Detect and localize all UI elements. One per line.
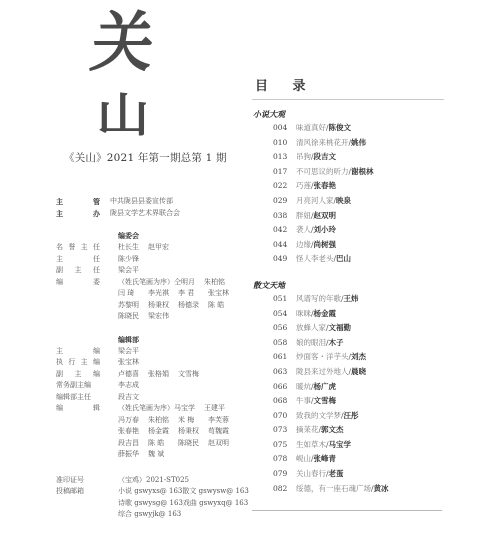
editors-row: 冯万春 朱柏铭 米 梅 李芙蓉 [56,415,246,427]
credit-text: 主 [56,346,63,358]
toc-entry-title: 袭人 [296,223,311,238]
credit-label: 编 辑 [56,403,100,415]
toc-entry-title: 巧莲 [296,179,311,194]
toc-entry-title: 放蜂人家 [296,321,326,336]
toc-entry-page: 082 [273,482,296,497]
editors-row: 段吉昌 陈 皓 陈晓民 赵双明 [56,438,246,450]
credit-label: 投稿邮箱 [56,486,100,498]
credit-value: 中共陇县县委宣传部 [100,196,173,208]
credit-text: 李志成 [118,380,148,392]
toc-entry-page: 061 [273,350,296,365]
toc-entry-page: 075 [273,438,296,453]
credit-row-permit: 准印证号 （宝鸡）2021-ST025 [56,475,246,487]
toc-entry-page: 017 [273,165,296,180]
toc-entry-author: 杨广虎 [314,380,337,395]
toc-entry-author: 汪彤 [344,409,359,424]
credit-value: 陇县文学艺术界联合会 [100,208,180,220]
credit-text: 朱柏铭 [148,415,178,427]
editorial-department-heading: 编辑部 [56,334,246,346]
toc-entry-title: 胖妞 [296,209,311,224]
credit-text: 誉 [68,242,75,254]
credit-value: 诗歌 gswysg@ 163 戏曲 gswyxq@ 163 [100,498,248,510]
table-of-contents: 目 录 小说大观 004味道真好/陈俊文010清风徐来桃花开/姚伟013吊狗/段… [255,78,475,511]
toc-entry[interactable]: 078岘山/张峰青 [255,452,475,467]
toc-entry-page: 044 [273,238,296,253]
credit-value: （宝鸡）2021-ST025 [100,475,189,487]
toc-entry-title: 摘苿花 [296,423,319,438]
credit-text: 小说 [118,486,132,498]
toc-entry[interactable]: 061炒面客・洋芋头/刘杰 [255,350,475,365]
credit-text: 陈晓民 [178,438,208,450]
toc-entry[interactable]: 058娘的眼泪/木子 [255,336,475,351]
credit-text: 陈晓民 [118,311,148,323]
credit-value: 张春艳 杨金霞 杨秉权 苟魏霞 [100,426,238,438]
toc-entry-author: 尚树强 [314,238,337,253]
toc-entry-page: 068 [273,394,296,409]
toc-entry[interactable]: 051风谱写的年歌/王炜 [255,292,475,307]
credit-text: 主 [56,208,63,220]
credit-value: （姓氏笔画为序） 仝明月 朱柏铭 [100,277,234,289]
credit-text: 杨金霞 [148,426,178,438]
toc-entry-author: 谢根林 [351,165,374,180]
credit-text: （姓氏笔画为序） [118,403,174,415]
credit-value: 陈晓民 梁宏伟 [100,311,178,323]
toc-section-fiction: 小说大观 [253,108,475,121]
credit-label: 副 主 任 [56,265,100,277]
toc-entry-title: 牛事 [296,394,311,409]
toc-entry-title: 炒面客・洋芋头 [296,350,349,365]
toc-entry-page: 004 [273,121,296,136]
credit-text: 魏 斌 [148,449,178,461]
submission-email: 综合 gswyjk@ 163 [118,509,181,521]
toc-section-prose: 散文天地 [253,279,475,292]
toc-entry-author: 晨晓 [351,365,366,380]
submission-email: 小说 gswyxs@ 163 [118,486,182,498]
toc-entry[interactable]: 075生如草木/马宝学 [255,438,475,453]
toc-entry[interactable]: 017不可思议的听力/谢根林 [255,165,475,180]
masthead: 关 山 [0,0,245,150]
credit-text: gswysg@ 163 [134,498,183,510]
credit-text: 杜长生 [118,242,148,254]
credit-text: 李 君 [178,288,208,300]
toc-entry[interactable]: 029月亮河人家/映泉 [255,194,475,209]
toc-entry-title: 边缘 [296,238,311,253]
toc-entry-page: 022 [273,179,296,194]
toc-entry-page: 013 [273,150,296,165]
credit-text: 苟魏霞 [208,426,238,438]
toc-entry[interactable]: 068牛事/文雪梅 [255,394,475,409]
credit-text: 杨秉权 [148,300,178,312]
credit-text: 散文 [182,486,196,498]
toc-entry-author: 刘小玲 [314,223,337,238]
credit-text: 主 [81,357,88,369]
credit-row-organizer: 主 办 陇县文学艺术界联合会 [56,208,246,220]
credit-text: 段吉昌 [118,438,148,450]
toc-divider [252,99,444,100]
submission-row: 诗歌 gswysg@ 163 戏曲 gswyxq@ 163 [56,498,246,510]
credit-text: 王建平 [204,403,234,415]
toc-entry-author: 老蛋 [329,467,344,482]
credit-row-committee-members: 编 委 （姓氏笔画为序） 仝明月 朱柏铭 [56,277,246,289]
toc-entry[interactable]: 079关山春行/老蛋 [255,467,475,482]
toc-section-prose-entries: 051风谱写的年歌/王炜054咪咪/杨金霞056放蜂人家/文福勤058娘的眼泪/… [255,292,475,496]
credit-value: 段吉昌 陈 皓 陈晓民 赵双明 [100,438,238,450]
toc-entry[interactable]: 044边缘/尚树强 [255,238,475,253]
credit-value: 闫 琦 李光祺 李 君 张宝林 [100,288,238,300]
credit-text: 戏曲 [183,498,197,510]
toc-entry-author: 姚伟 [351,136,366,151]
submission-email: 诗歌 gswysg@ 163 [118,498,183,510]
toc-entry-author: 段吉文 [314,150,337,165]
toc-entry[interactable]: 004味道真好/陈俊文 [255,121,475,136]
committee-members-row: 苏黎明 杨秉权 杨德录 陈 皓 [56,300,246,312]
credit-text: 赵双明 [208,438,238,450]
spacer [56,323,246,334]
credit-value: 梁会平 [100,346,148,358]
toc-entry-title: 岘山 [296,452,311,467]
credit-label: 副 主 编 [56,369,100,381]
credit-value: 冯万春 朱柏铭 米 梅 李芙蓉 [100,415,238,427]
toc-title: 目 录 [255,78,475,96]
toc-entry[interactable]: 049怪人李老头/巴山 [255,252,475,267]
credit-row-executive-editor: 执 行 主 编 张宝林 [56,357,246,369]
toc-entry-page: 066 [273,380,296,395]
credit-label: 常务副主编 [56,380,100,392]
toc-entry[interactable]: 022巧莲/张春艳 [255,179,475,194]
toc-entry[interactable]: 042袭人/刘小玲 [255,223,475,238]
toc-bottom-divider [252,510,442,511]
toc-entry[interactable]: 054咪咪/杨金霞 [255,307,475,322]
credit-label: 编辑部主任 [56,392,100,404]
toc-entry-title: 清风徐来桃花开 [296,136,349,151]
credit-value: 卢德喜 张格娟 文雪梅 [100,369,208,381]
toc-entry-page: 051 [273,292,296,307]
credit-text: 马宝学 [174,403,204,415]
credit-text: 诗歌 [118,498,132,510]
toc-entry[interactable]: 082绥德，有一座石魂广场/黄冰 [255,482,475,497]
credit-text: gswyxq@ 163 [199,498,248,510]
spacer [56,219,246,230]
toc-entry-author: 郭文杰 [321,423,344,438]
toc-entry[interactable]: 070致我的文学梦/汪彤 [255,409,475,424]
credit-row-honorary-director: 名 誉 主 任 杜长生 赵甲宏 [56,242,246,254]
toc-entry-author: 黄冰 [374,482,389,497]
toc-entry-title: 月亮河人家 [296,194,334,209]
toc-entry[interactable]: 010清风徐来桃花开/姚伟 [255,136,475,151]
credit-row-dept-director: 编辑部主任 段吉文 [56,392,246,404]
credit-text: 副 [56,369,63,381]
credit-label: 执 行 主 编 [56,357,100,369]
credit-text: 投稿邮箱 [56,486,84,498]
credit-text: 仝明月 [174,277,204,289]
credit-label: 主 办 [56,208,100,220]
credit-text: 中共陇县县委宣传部 [110,196,173,208]
toc-entry-title: 味道真好 [296,121,326,136]
credit-text: 编 [93,357,100,369]
credit-text: 梁会平 [118,346,148,358]
credit-value: 杜长生 赵甲宏 [100,242,178,254]
credit-label: 名 誉 主 任 [56,242,100,254]
credit-text: 委 [93,277,100,289]
credit-text: （姓氏笔画为序） [118,277,174,289]
toc-entry-title: 怪人李老头 [296,252,334,267]
credit-label: 准印证号 [56,475,100,487]
toc-entry[interactable]: 013吊狗/段吉文 [255,150,475,165]
toc-entry-author: 赵双明 [314,209,337,224]
credit-text: 李芙蓉 [208,415,238,427]
credit-text: 编辑部主任 [56,392,91,404]
credit-value: 梁会平 [100,265,148,277]
toc-entry-title: 娘的眼泪 [296,336,326,351]
credit-text: 任 [93,254,100,266]
spacer [56,461,246,475]
toc-entry-author: 张峰青 [314,452,337,467]
toc-entry-page: 058 [273,336,296,351]
credit-text: 闫 琦 [118,288,148,300]
toc-entry-title: 生如草木 [296,438,326,453]
toc-entry-title: 致我的文学梦 [296,409,341,424]
credit-text: 办 [93,208,100,220]
credit-text: 副 [56,265,63,277]
toc-entry-title: 关山春行 [296,467,326,482]
credit-label: 编 委 [56,277,100,289]
credit-text: 陈 皓 [208,300,238,312]
credit-value: 薛振华 魏 斌 [100,449,178,461]
credit-text: 杨德录 [178,300,208,312]
toc-entry-title: 不可思议的听力 [296,165,349,180]
toc-entry-author: 刘杰 [351,350,366,365]
credit-text: 行 [68,357,75,369]
toc-entry[interactable]: 038胖妞/赵双明 [255,209,475,224]
logo-calligraphy-guan: 关 [87,10,158,75]
toc-entry-author: 陈俊文 [329,121,352,136]
issue-line: 《关山》2021 年第一期总第 1 期 [64,150,227,165]
toc-entry[interactable]: 066暖炕/杨广虎 [255,380,475,395]
credit-text: 综合 [118,509,132,521]
credit-text: 段吉文 [118,392,148,404]
credit-text: 常务副主编 [56,380,91,392]
credit-value: 苏黎明 杨秉权 杨德录 陈 皓 [100,300,238,312]
credit-text: 朱柏铭 [204,277,234,289]
toc-entry[interactable]: 056放蜂人家/文福勤 [255,321,475,336]
credit-text: 卢德喜 [118,369,148,381]
credit-text: 张宝林 [118,357,148,369]
credit-text: 陈少锋 [118,254,148,266]
credit-value: 张宝林 [100,357,148,369]
credit-text: 杨秉权 [178,426,208,438]
credit-value: 李志成 [100,380,148,392]
credit-text: 主 [56,254,63,266]
credit-row-director: 主 任 陈少锋 [56,254,246,266]
credit-label: 主 管 [56,196,100,208]
toc-entry-author: 木子 [329,336,344,351]
credit-text: 辑 [93,403,100,415]
credit-text: 执 [56,357,63,369]
toc-entry-page: 010 [273,136,296,151]
credit-text: （宝鸡）2021-ST025 [118,475,189,487]
credit-value: 综合 gswyjk@ 163 [100,509,181,521]
credit-row-editors: 编 辑 （姓氏笔画为序） 马宝学 王建平 [56,403,246,415]
toc-entry-page: 056 [273,321,296,336]
credit-value: （姓氏笔画为序） 马宝学 王建平 [100,403,234,415]
toc-entry-title: 暖炕 [296,380,311,395]
toc-section-fiction-entries: 004味道真好/陈俊文010清风徐来桃花开/姚伟013吊狗/段吉文017不可思议… [255,121,475,267]
credit-text: 主 [56,196,63,208]
logo-calligraphy-shan: 山 [97,92,150,138]
credit-text: 陇县文学艺术界联合会 [110,208,180,220]
credit-text: 任 [93,265,100,277]
toc-entry-title: 吊狗 [296,150,311,165]
toc-entry-page: 042 [273,223,296,238]
credit-text: 米 梅 [178,415,208,427]
credit-text: 主 [81,242,88,254]
credit-text: 编 [93,346,100,358]
credit-text: 梁会平 [118,265,148,277]
submission-email: 戏曲 gswyxq@ 163 [183,498,248,510]
committee-members-row: 闫 琦 李光祺 李 君 张宝林 [56,288,246,300]
credit-text: 管 [93,196,100,208]
credit-text: 冯万春 [118,415,148,427]
toc-entry-author: 映泉 [336,194,351,209]
credit-row-deputy-director: 副 主 任 梁会平 [56,265,246,277]
credit-text: 梁宏伟 [148,311,178,323]
credit-text: 任 [93,242,100,254]
credit-text: 陈 皓 [148,438,178,450]
credit-text: gswyjk@ 163 [134,509,181,521]
credit-row-deputy-editor: 副 主 编 卢德喜 张格娟 文雪梅 [56,369,246,381]
credit-text: 薛振华 [118,449,148,461]
credit-row-managing-deputy-editor: 常务副主编 李志成 [56,380,246,392]
credit-value: 小说 gswyxs@ 163 散文 gswysw@ 163 [100,486,249,498]
toc-entry-page: 063 [273,365,296,380]
toc-entry-author: 文雪梅 [314,394,337,409]
credit-text: 张宝林 [208,288,238,300]
credit-text: 张春艳 [118,426,148,438]
credit-row-sponsor: 主 管 中共陇县县委宣传部 [56,196,246,208]
toc-entry-title: 陇县来过外地人 [296,365,349,380]
credit-text: 苏黎明 [118,300,148,312]
editors-row: 张春艳 杨金霞 杨秉权 苟魏霞 [56,426,246,438]
toc-entry-author: 张春艳 [314,179,337,194]
credit-text: 编 [56,403,63,415]
committee-members-row: 陈晓民 梁宏伟 [56,311,246,323]
credit-text: 准印证号 [56,475,84,487]
toc-entry[interactable]: 073摘苿花/郭文杰 [255,423,475,438]
toc-entry-page: 038 [273,209,296,224]
credit-text: 主 [75,265,82,277]
credits-block: 主 管 中共陇县县委宣传部 主 办 陇县文学艺术界联合会 编委会 名 誉 主 任… [56,196,246,521]
credit-text: gswysw@ 163 [199,486,249,498]
credit-text: 赵甲宏 [148,242,178,254]
credit-text: 名 [56,242,63,254]
toc-entry-author: 巴山 [336,252,351,267]
toc-entry[interactable]: 063陇县来过外地人/晨晓 [255,365,475,380]
credit-label: 主 任 [56,254,100,266]
toc-entry-page: 073 [273,423,296,438]
toc-entry-author: 马宝学 [329,438,352,453]
toc-entry-author: 文福勤 [329,321,352,336]
credit-value: 陈少锋 [100,254,148,266]
toc-entry-page: 070 [273,409,296,424]
editors-row: 薛振华 魏 斌 [56,449,246,461]
toc-entry-author: 杨金霞 [314,307,337,322]
editorial-committee-heading: 编委会 [56,230,246,242]
toc-entry-page: 054 [273,307,296,322]
credit-row-chief-editor: 主 编 梁会平 [56,346,246,358]
credit-text: gswyxs@ 163 [134,486,182,498]
toc-entry-page: 078 [273,452,296,467]
credit-text: 张格娟 [148,369,178,381]
credit-label: 主 编 [56,346,100,358]
toc-entry-title: 绥德，有一座石魂广场 [296,482,371,497]
toc-entry-page: 029 [273,194,296,209]
credit-text: 文雪梅 [178,369,208,381]
credit-text: 编 [56,277,63,289]
credit-text: 主 [75,369,82,381]
submission-email: 散文 gswysw@ 163 [182,486,248,498]
toc-entry-author: 王炜 [344,292,359,307]
toc-entry-title: 风谱写的年歌 [296,292,341,307]
toc-entry-page: 079 [273,467,296,482]
submission-row: 综合 gswyjk@ 163 [56,509,246,521]
credit-text: 李光祺 [148,288,178,300]
toc-entry-page: 049 [273,252,296,267]
toc-entry-title: 咪咪 [296,307,311,322]
credit-value: 段吉文 [100,392,148,404]
credit-row-submission: 投稿邮箱 小说 gswyxs@ 163 散文 gswysw@ 163 [56,486,246,498]
credit-text: 编 [93,369,100,381]
